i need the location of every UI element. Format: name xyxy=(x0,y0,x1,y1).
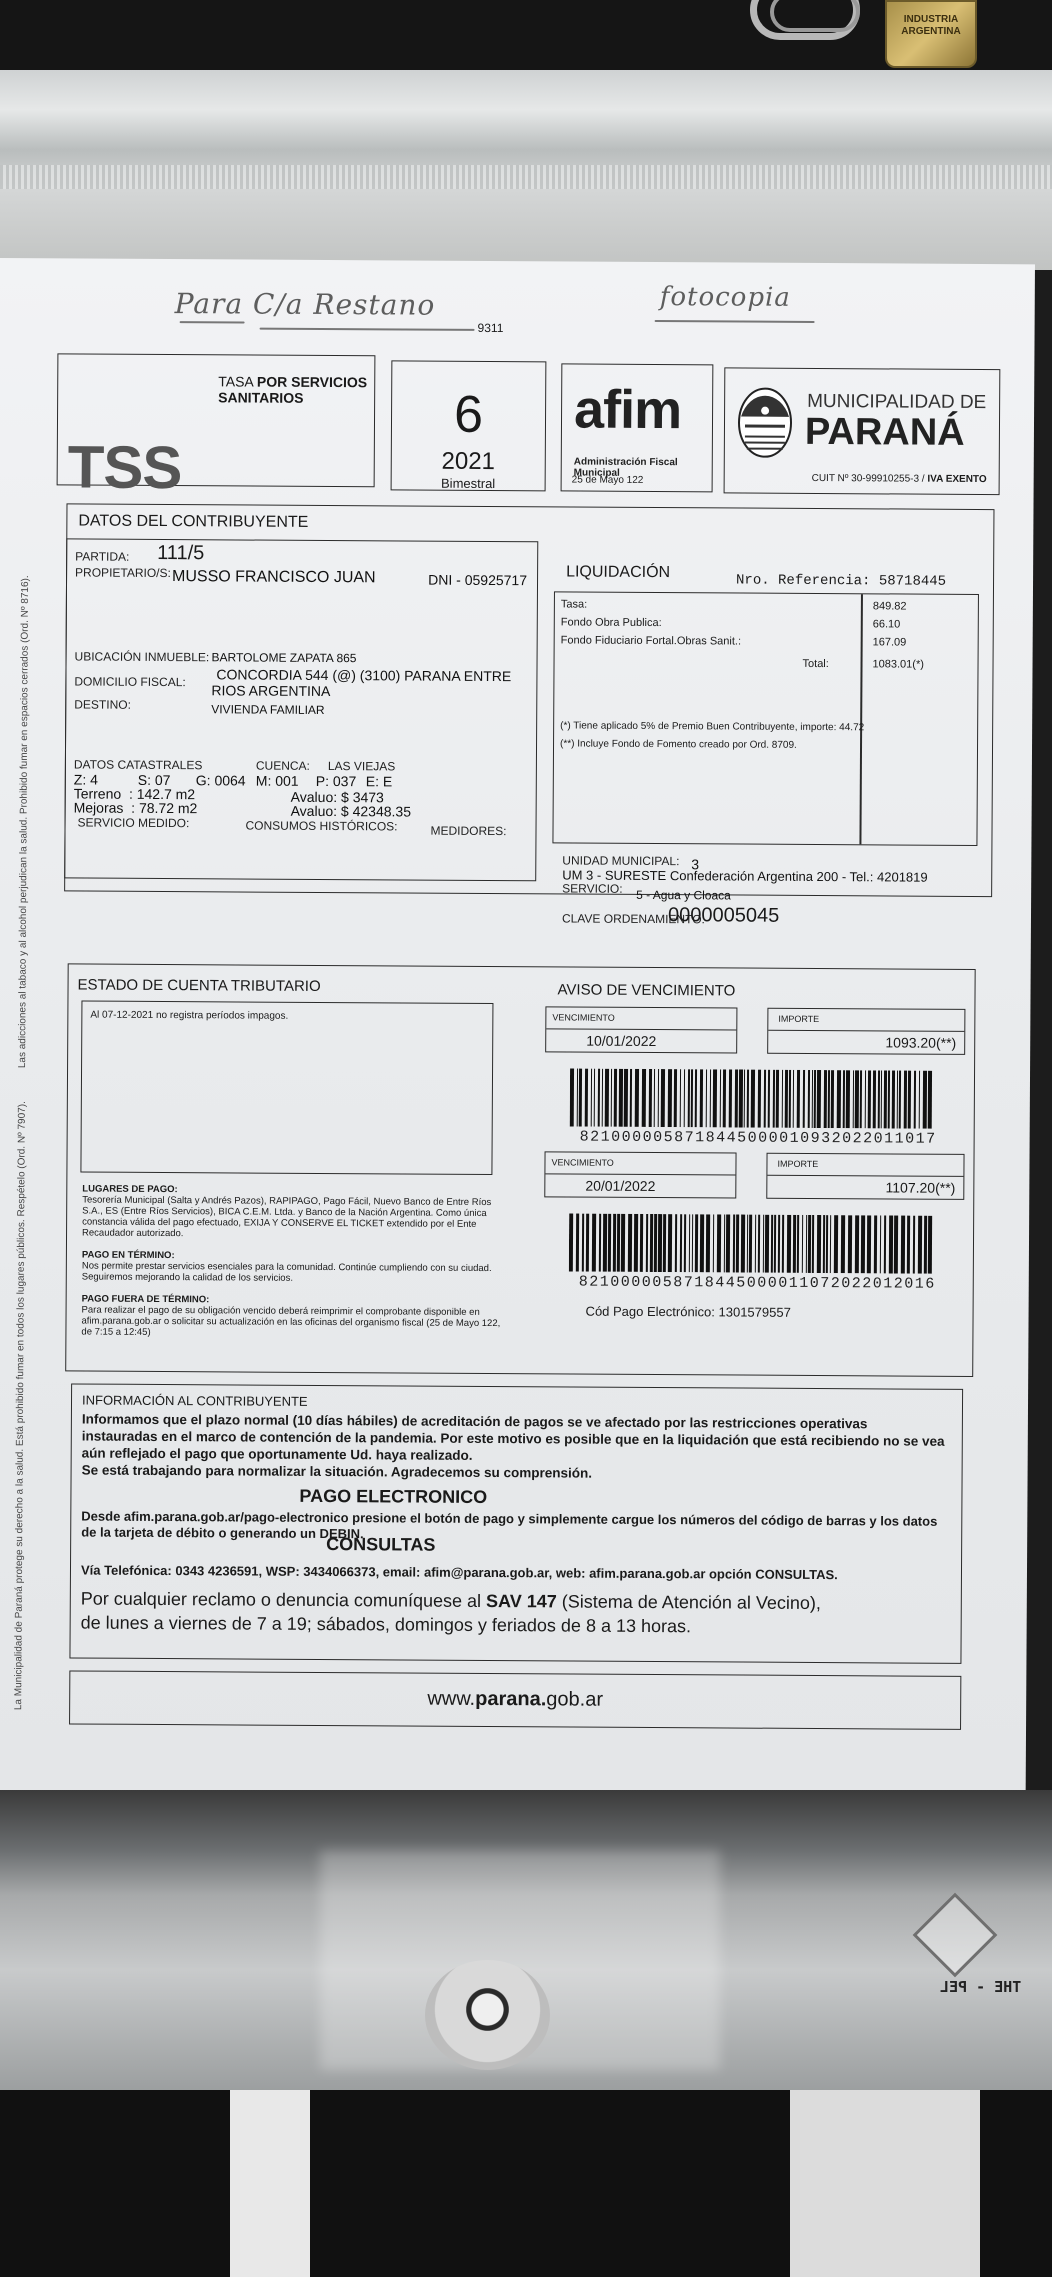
period-year: 2021 xyxy=(392,447,545,476)
domicilio-line2: RIOS ARGENTINA xyxy=(211,682,330,699)
footer-web-box: www.parana.gob.ar xyxy=(69,1670,961,1729)
keyring-icon xyxy=(770,0,860,32)
side-note-top: Las adicciones al tabaco y al alcohol pe… xyxy=(17,575,31,1068)
liquidacion-concept: Tasa: xyxy=(561,598,587,610)
partida-value: 111/5 xyxy=(157,542,204,565)
domicilio-label: DOMICILIO FISCAL: xyxy=(74,674,185,689)
vencimiento-label: VENCIMIENTO xyxy=(546,1007,736,1030)
pago-electronico-title: PAGO ELECTRONICO xyxy=(299,1486,487,1508)
afim-box: afim Administración Fiscal Municipal 25 … xyxy=(561,363,714,492)
afim-logo: afim xyxy=(574,379,681,442)
total-value: 1083.01(*) xyxy=(872,658,923,670)
note-premio: (*) Tiene aplicado 5% de Premio Buen Con… xyxy=(560,720,864,733)
column-divider xyxy=(859,594,862,844)
informacion-box: INFORMACIÓN AL CONTRIBUYENTE Informamos … xyxy=(69,1383,963,1663)
ubicacion-label: UBICACIÓN INMUEBLE: xyxy=(75,649,210,664)
importe-value: 1107.20(**) xyxy=(767,1176,963,1196)
servicio-label: SERVICIO: xyxy=(562,881,623,895)
mejoras: Mejoras : 78.72 m2 xyxy=(74,799,198,816)
informacion-text2: Se está trabajando para normalizar la si… xyxy=(82,1463,593,1481)
dni-value: DNI - 05925717 xyxy=(428,572,527,589)
liquidacion-concept: Fondo Obra Publica: xyxy=(561,616,662,629)
barcode xyxy=(570,1068,935,1128)
propietario-value: MUSSO FRANCISCO JUAN xyxy=(172,568,376,587)
clave-value: 0000005045 xyxy=(668,904,779,928)
catastro-g: G: 0064 xyxy=(196,772,246,788)
barcode xyxy=(569,1213,934,1273)
importe-box: IMPORTE 1107.20(**) xyxy=(766,1153,964,1200)
contribuyente-title: DATOS DEL CONTRIBUYENTE xyxy=(78,512,308,531)
catastro-m: M: 001 xyxy=(256,773,299,789)
estado-message: Al 07-12-2021 no registra períodos impag… xyxy=(90,1010,288,1022)
domicilio-line1: CONCORDIA 544 (@) (3100) PARANA ENTRE xyxy=(216,666,511,684)
estado-message-box: Al 07-12-2021 no registra períodos impag… xyxy=(80,1001,493,1176)
liquidacion-concept: Fondo Fiduciario Fortal.Obras Sanit.: xyxy=(561,634,741,647)
floor-tile xyxy=(230,2090,310,2277)
vencimiento-box: VENCIMIENTO 20/01/2022 xyxy=(544,1151,736,1198)
municipality-box: MUNICIPALIDAD DE PARANÁ CUIT Nº 30-99910… xyxy=(724,367,1001,495)
importe-label: IMPORTE xyxy=(768,1009,964,1032)
period-number: 6 xyxy=(392,389,545,440)
importe-value: 1093.20(**) xyxy=(768,1031,964,1051)
cuenca-value: LAS VIEJAS xyxy=(328,759,395,773)
barcode-number: 8210000058718445000011072022012016 xyxy=(579,1274,936,1293)
fuera-title: PAGO FUERA DE TÉRMINO: xyxy=(82,1294,210,1306)
catastro-p: P: 037 xyxy=(316,773,357,789)
aviso-title: AVISO DE VENCIMIENTO xyxy=(557,981,735,999)
catastro-e: E: E xyxy=(366,773,393,789)
handwritten-note: Para C/a Restano xyxy=(175,287,436,322)
referencia-number: Nro. Referencia: 58718445 xyxy=(736,573,946,590)
vencimiento-label: VENCIMIENTO xyxy=(545,1152,735,1175)
web-prefix: www. xyxy=(427,1688,475,1710)
servicio-medido-label: SERVICIO MEDIDO: xyxy=(78,815,190,830)
medidores-label: MEDIDORES: xyxy=(430,824,506,838)
catastrales-label: DATOS CATASTRALES xyxy=(74,757,203,772)
period-type: Bimestral xyxy=(392,475,545,491)
iva-status: IVA EXENTO xyxy=(927,474,986,485)
servicio-value: 5 - Agua y Cloaca xyxy=(636,888,731,903)
web-bold: parana. xyxy=(475,1688,546,1710)
note-fomento: (**) Incluye Fondo de Fomento creado por… xyxy=(560,738,797,750)
liquidacion-rows: Tasa:849.82Fondo Obra Publica:66.10Fondo… xyxy=(555,592,978,595)
underline xyxy=(655,320,815,323)
underline xyxy=(180,321,245,323)
propietario-label: PROPIETARIO/S: xyxy=(75,565,171,580)
unidad-label: UNIDAD MUNICIPAL: xyxy=(562,853,679,868)
informacion-text: Informamos que el plazo normal (10 días … xyxy=(82,1412,945,1463)
cuenca-label: CUENCA: xyxy=(256,759,310,773)
destino-label: DESTINO: xyxy=(74,697,131,711)
ubicacion-value: BARTOLOME ZAPATA 865 xyxy=(212,650,357,665)
form-number: 9311 xyxy=(478,321,504,335)
total-label: Total: xyxy=(802,658,828,670)
vencimiento-box: VENCIMIENTO 10/01/2022 xyxy=(545,1006,737,1053)
cuit-number: CUIT Nº 30-99910255-3 / xyxy=(812,473,925,485)
sav-number: SAV 147 xyxy=(486,1591,557,1611)
lugares-title: LUGARES DE PAGO: xyxy=(82,1184,177,1196)
liquidacion-amount: 849.82 xyxy=(873,600,907,612)
underline xyxy=(260,328,475,331)
barcode-number: 8210000058718445000010932022011017 xyxy=(580,1129,937,1148)
sleeve-ridge xyxy=(0,165,1052,189)
liquidacion-amount: 66.10 xyxy=(873,618,901,630)
informacion-paragraph: Informamos que el plazo normal (10 días … xyxy=(82,1411,947,1484)
web-suffix: gob.ar xyxy=(546,1688,603,1710)
keychain-tag: INDUSTRIA ARGENTINA xyxy=(885,0,977,68)
floor-background xyxy=(0,2090,1052,2277)
contribuyente-box: PARTIDA: 111/5 PROPIETARIO/S: MUSSO FRAN… xyxy=(64,538,538,881)
tax-code: TSS xyxy=(68,432,182,502)
vencimiento-date: 10/01/2022 xyxy=(546,1029,736,1049)
agency-address: 25 de Mayo 122 xyxy=(572,474,644,485)
tax-title-prefix: TASA xyxy=(218,373,253,389)
termino-title: PAGO EN TÉRMINO: xyxy=(82,1250,175,1262)
mejoras-avaluo: Avaluo: $ 42348.35 xyxy=(291,803,412,820)
floor-tile xyxy=(790,2090,980,2277)
liquidacion-title: LIQUIDACIÓN xyxy=(566,563,670,582)
consumos-label: CONSUMOS HISTÓRICOS: xyxy=(245,819,397,834)
period-box: 6 2021 Bimestral xyxy=(391,360,547,491)
vencimiento-date: 20/01/2022 xyxy=(545,1174,735,1194)
reclamo-text: Por cualquier reclamo o denuncia comuníq… xyxy=(81,1587,821,1640)
cod-pago: Cód Pago Electrónico: 1301579557 xyxy=(586,1304,791,1320)
consultas-text: Vía Telefónica: 0343 4236591, WSP: 34340… xyxy=(81,1563,838,1583)
pago-electronico-text: Desde afim.parana.gob.ar/pago-electronic… xyxy=(81,1509,946,1546)
plastic-sleeve-top xyxy=(0,70,1052,270)
sleeve-brand-text: THE - PEL xyxy=(940,1978,1021,1996)
destino-value: VIVIENDA FAMILIAR xyxy=(211,702,324,717)
grommet-icon xyxy=(425,1960,550,2070)
cuit: CUIT Nº 30-99910255-3 / IVA EXENTO xyxy=(812,473,987,485)
handwritten-photocopy: fotocopia xyxy=(660,282,791,313)
importe-label: IMPORTE xyxy=(767,1154,963,1177)
reclamo-hours: de lunes a viernes de 7 a 19; sábados, d… xyxy=(81,1613,692,1637)
partida-label: PARTIDA: xyxy=(75,549,129,563)
side-note-bottom: La Municipalidad de Paraná protege su de… xyxy=(13,1101,28,1710)
liquidacion-amount: 167.09 xyxy=(873,636,907,648)
tax-type-box: TASA POR SERVICIOS SANITARIOS TSS xyxy=(57,353,376,487)
liquidacion-table: Tasa:849.82Fondo Obra Publica:66.10Fondo… xyxy=(552,591,979,846)
reclamo-suffix: (Sistema de Atención al Vecino), xyxy=(562,1591,821,1613)
coat-of-arms-icon xyxy=(737,387,793,459)
estado-title: ESTADO DE CUENTA TRIBUTARIO xyxy=(78,976,321,994)
municipality-name: PARANÁ xyxy=(805,411,965,455)
importe-box: IMPORTE 1093.20(**) xyxy=(767,1008,965,1055)
keychain-tag-line1: INDUSTRIA xyxy=(887,2,975,26)
consultas-title: CONSULTAS xyxy=(326,1534,435,1556)
fuera-text: Para realizar el pago de su obligación v… xyxy=(81,1305,500,1338)
reclamo-prefix: Por cualquier reclamo o denuncia comuníq… xyxy=(81,1589,481,1611)
lugares-text: Tesorería Municipal (Salta y Andrés Pazo… xyxy=(82,1195,491,1240)
payment-info: LUGARES DE PAGO: Tesorería Municipal (Sa… xyxy=(81,1184,502,1341)
tax-bill-document: La Municipalidad de Paraná protege su de… xyxy=(0,258,1035,1809)
termino-text: Nos permite prestar servicios esenciales… xyxy=(82,1261,492,1284)
keychain-tag-line2: ARGENTINA xyxy=(887,26,975,38)
informacion-title: INFORMACIÓN AL CONTRIBUYENTE xyxy=(82,1393,308,1409)
tax-title: TASA POR SERVICIOS SANITARIOS xyxy=(218,373,374,406)
